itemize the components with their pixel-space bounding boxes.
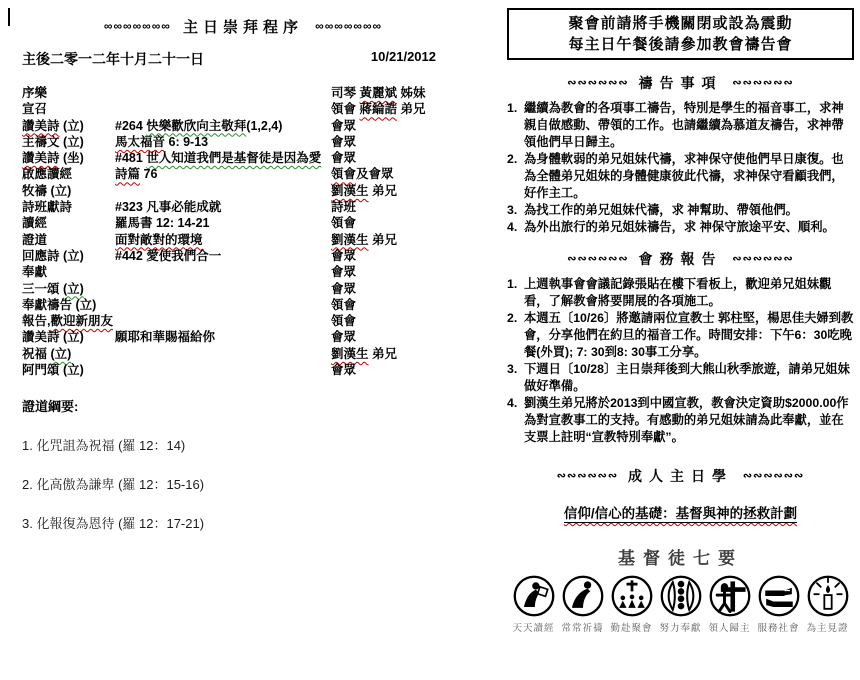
item-text: 本週五〔10/26〕將邀請兩位宣教士 郭柱堅，楊思佳夫婦到教會，分享他們在約旦的… (524, 310, 854, 361)
program-content: 面對敵對的環境 (115, 232, 331, 248)
program-content (115, 183, 331, 199)
program-who: 會眾 (331, 118, 464, 134)
program-content: 詩篇 76 (115, 166, 331, 182)
item-text: 繼續為教會的各項事工禱告，特別是學生的福音事工，求神親自做感動、帶領的工作。也請… (524, 100, 854, 151)
program-who: 詩班 (331, 199, 464, 215)
program-who: 會眾 (331, 329, 464, 345)
program-item: 奉獻禱告 (立) (22, 297, 115, 313)
program-content (115, 346, 331, 362)
program-item: 三一頌 (立) (22, 281, 115, 297)
program-content (115, 85, 331, 101)
church-gathering-icon (610, 574, 654, 618)
chain-decor-left: ∞∞∞∞∞∞∞ (104, 19, 171, 33)
prayer-item: 1.繼續為教會的各項事工禱告，特別是學生的福音事工，求神親自做感動、帶領的工作。… (507, 100, 854, 151)
text-cursor (8, 8, 10, 26)
program-who: 領會 (331, 313, 464, 329)
program-item: 報告,歡迎新朋友 (22, 313, 115, 329)
program-row: 奉獻會眾 (22, 264, 464, 280)
program-row: 三一頌 (立)會眾 (22, 281, 464, 297)
program-item: 宣召 (22, 101, 115, 117)
page-title: ∞∞∞∞∞∞∞ 主日崇拜程序 ∞∞∞∞∞∞∞ (22, 16, 464, 37)
program-content (115, 362, 331, 378)
prayer-header-text: 禱告事項 (639, 75, 723, 91)
date-chinese: 主後二零一二年十月二十一日 (22, 49, 204, 69)
essential-label: 為主見證 (806, 620, 850, 634)
program-row: 阿門頌 (立)會眾 (22, 362, 464, 378)
program-content (115, 297, 331, 313)
item-number: 3. (507, 202, 522, 219)
program-item: 奉獻 (22, 264, 115, 280)
program-who: 領會及會眾 (331, 166, 464, 182)
report-item: 2.本週五〔10/26〕將邀請兩位宣教士 郭柱堅，楊思佳夫婦到教會，分享他們在約… (507, 310, 854, 361)
program-who: 劉漢生 弟兄 (331, 183, 464, 199)
sunday-school-header-text: 成人主日學 (628, 468, 733, 484)
program-who: 會眾 (331, 264, 464, 280)
program-who: 司琴 黃麗斌 姊妹 (331, 85, 464, 101)
item-text: 為身體軟弱的弟兄姐妹代禱，求神保守使他們早日康復。也為全體弟兄姐妹的身體健康彼此… (524, 151, 854, 202)
scroll-decor-icon: ∾∾∾∾∾∾ (567, 77, 628, 89)
scroll-decor-icon: ∾∾∾∾∾∾ (557, 470, 618, 482)
program-item: 詩班獻詩 (22, 199, 115, 215)
sunday-school-section-header: ∾∾∾∾∾∾ 成人主日學 ∾∾∾∾∾∾ (507, 466, 854, 486)
notice-line: 聚會前請將手機關閉或設為震動 (513, 13, 848, 34)
program-item: 主禱文 (立) (22, 134, 115, 150)
program-row: 祝福 (立)劉漢生 弟兄 (22, 346, 464, 362)
report-section-header: ∾∾∾∾∾∾ 會務報告 ∾∾∾∾∾∾ (507, 249, 854, 269)
program-row: 主禱文 (立)馬太福音 6: 9-13會眾 (22, 134, 464, 150)
program-who: 領會 (331, 215, 464, 231)
item-number: 1. (507, 276, 522, 310)
program-row: 讀經羅馬書 12: 14-21領會 (22, 215, 464, 231)
item-number: 2. (507, 151, 522, 202)
program-who: 會眾 (331, 281, 464, 297)
item-text: 為外出旅行的弟兄姐妹禱告，求 神保守旅途平安、順利。 (524, 219, 854, 236)
essential-label: 常常祈禱 (561, 620, 605, 634)
program-who: 會眾 (331, 362, 464, 378)
date-western: 10/21/2012 (371, 49, 436, 69)
prayer-item: 3.為找工作的弟兄姐妹代禱，求 神幫助、帶領他們。 (507, 202, 854, 219)
program-content: #481 世人知道我們是基督徒是因為愛 (115, 150, 331, 166)
program-row: 牧禱 (立)劉漢生 弟兄 (22, 183, 464, 199)
essential-label: 勤赴聚會 (610, 620, 654, 634)
program-row: 啟應讀經詩篇 76領會及會眾 (22, 166, 464, 182)
report-item: 1.上週執事會會議記錄張貼在樓下看板上，歡迎弟兄姐妹觀看，了解教會將要開展的各項… (507, 276, 854, 310)
scroll-decor-icon: ∾∾∾∾∾∾ (732, 253, 793, 265)
item-text: 為找工作的弟兄姐妹代禱，求 神幫助、帶領他們。 (524, 202, 854, 219)
page-title-text: 主日崇拜程序 (183, 19, 303, 36)
program-item: 回應詩 (立) (22, 248, 115, 264)
essential-label: 努力奉獻 (659, 620, 703, 634)
program-item: 讚美詩 (坐) (22, 150, 115, 166)
notice-box: 聚會前請將手機關閉或設為震動 每主日午餐後請參加教會禱告會 (507, 8, 854, 60)
scroll-decor-icon: ∾∾∾∾∾∾ (567, 253, 628, 265)
report-item: 4.劉漢生弟兄將於2013到中國宣教，教會決定資助$2000.00作為對宣教事工… (507, 395, 854, 446)
scroll-decor-icon: ∾∾∾∾∾∾ (732, 77, 793, 89)
essential-label: 領人歸主 (708, 620, 752, 634)
program-row: 讚美詩 (立)願耶和華賜福給你會眾 (22, 329, 464, 345)
item-number: 1. (507, 100, 522, 151)
program-item: 序樂 (22, 85, 115, 101)
program-item: 讚美詩 (立) (22, 329, 115, 345)
scroll-decor-icon: ∾∾∾∾∾∾ (743, 470, 804, 482)
program-who: 領會 (331, 297, 464, 313)
report-header-text: 會務報告 (639, 251, 723, 267)
item-text: 上週執事會會議記錄張貼在樓下看板上，歡迎弟兄姐妹觀看，了解教會將要開展的各項施工… (524, 276, 854, 310)
program-content: #323 凡事必能成就 (115, 199, 331, 215)
program-row: 讚美詩 (坐)#481 世人知道我們是基督徒是因為愛會眾 (22, 150, 464, 166)
prayer-items-list: 1.繼續為教會的各項事工禱告，特別是學生的福音事工，求神親自做感動、帶領的工作。… (507, 100, 854, 236)
sermon-outline-heading: 證道綱要: (22, 396, 464, 415)
worship-program-column: ∞∞∞∞∞∞∞ 主日崇拜程序 ∞∞∞∞∞∞∞ 主後二零一二年十月二十一日 10/… (22, 16, 464, 532)
program-who: 會眾 (331, 248, 464, 264)
sermon-outline-item: 1. 化咒詛為祝福 (羅 12：14) (22, 435, 464, 454)
program-content: 願耶和華賜福給你 (115, 329, 331, 345)
program-content: 馬太福音 6: 9-13 (115, 134, 331, 150)
seven-essentials-icons (507, 574, 854, 618)
worship-program-list: 序樂司琴 黃麗斌 姊妹宣召領會 蔣綸誥 弟兄讚美詩 (立)#264 快樂歡欣向主… (22, 85, 464, 378)
program-who: 劉漢生 弟兄 (331, 346, 464, 362)
serving-hands-icon (757, 574, 801, 618)
item-number: 2. (507, 310, 522, 361)
program-content (115, 313, 331, 329)
program-who: 會眾 (331, 150, 464, 166)
program-item: 讀經 (22, 215, 115, 231)
program-item: 啟應讀經 (22, 166, 115, 182)
program-row: 奉獻禱告 (立)領會 (22, 297, 464, 313)
program-who: 會眾 (331, 134, 464, 150)
essential-label: 天天讀經 (512, 620, 556, 634)
prayer-item: 4.為外出旅行的弟兄姐妹禱告，求 神保守旅途平安、順利。 (507, 219, 854, 236)
prayer-section-header: ∾∾∾∾∾∾ 禱告事項 ∾∾∾∾∾∾ (507, 73, 854, 93)
item-text: 劉漢生弟兄將於2013到中國宣教，教會決定資助$2000.00作為對宣教事工的支… (524, 395, 854, 446)
date-row: 主後二零一二年十月二十一日 10/21/2012 (22, 49, 464, 69)
bible-reading-icon (512, 574, 556, 618)
bulletin-page: ∞∞∞∞∞∞∞ 主日崇拜程序 ∞∞∞∞∞∞∞ 主後二零一二年十月二十一日 10/… (0, 0, 860, 680)
program-content: #264 快樂歡欣向主敬拜(1,2,4) (115, 118, 331, 134)
program-content: #442 愛使我們合一 (115, 248, 331, 264)
item-number: 4. (507, 219, 522, 236)
sermon-outline-item: 3. 化報復為恩待 (羅 12：17-21) (22, 513, 464, 532)
prayer-item: 2.為身體軟弱的弟兄姐妹代禱，求神保守使他們早日康復。也為全體弟兄姐妹的身體健康… (507, 151, 854, 202)
sermon-outline-item: 2. 化高傲為謙卑 (羅 12：15-16) (22, 474, 464, 493)
program-item: 祝福 (立) (22, 346, 115, 362)
program-item: 阿門頌 (立) (22, 362, 115, 378)
notice-line: 每主日午餐後請參加教會禱告會 (513, 34, 848, 55)
program-row: 報告,歡迎新朋友領會 (22, 313, 464, 329)
chain-decor-right: ∞∞∞∞∞∞∞ (315, 19, 382, 33)
program-who: 領會 蔣綸誥 弟兄 (331, 101, 464, 117)
evangelism-icon (708, 574, 752, 618)
program-item: 讚美詩 (立) (22, 118, 115, 134)
essential-label: 服務社會 (757, 620, 801, 634)
program-content: 羅馬書 12: 14-21 (115, 215, 331, 231)
seven-essentials-labels: 天天讀經 常常祈禱 勤赴聚會 努力奉獻 領人歸主 服務社會 為主見證 (507, 620, 854, 634)
program-content (115, 281, 331, 297)
offering-icon (659, 574, 703, 618)
program-content (115, 101, 331, 117)
item-text: 下週日〔10/28〕主日崇拜後到大熊山秋季旅遊，請弟兄姐妹做好準備。 (524, 361, 854, 395)
announcements-column: 聚會前請將手機關閉或設為震動 每主日午餐後請參加教會禱告會 ∾∾∾∾∾∾ 禱告事… (507, 8, 854, 634)
report-items-list: 1.上週執事會會議記錄張貼在樓下看板上，歡迎弟兄姐妹觀看，了解教會將要開展的各項… (507, 276, 854, 446)
candle-witness-icon (806, 574, 850, 618)
program-row: 回應詩 (立)#442 愛使我們合一會眾 (22, 248, 464, 264)
item-number: 4. (507, 395, 522, 446)
program-who: 劉漢生 弟兄 (331, 232, 464, 248)
praying-icon (561, 574, 605, 618)
item-number: 3. (507, 361, 522, 395)
program-row: 證道面對敵對的環境劉漢生 弟兄 (22, 232, 464, 248)
program-row: 讚美詩 (立)#264 快樂歡欣向主敬拜(1,2,4)會眾 (22, 118, 464, 134)
report-item: 3.下週日〔10/28〕主日崇拜後到大熊山秋季旅遊，請弟兄姐妹做好準備。 (507, 361, 854, 395)
program-item: 證道 (22, 232, 115, 248)
program-row: 序樂司琴 黃麗斌 姊妹 (22, 85, 464, 101)
program-row: 宣召領會 蔣綸誥 弟兄 (22, 101, 464, 117)
program-content (115, 264, 331, 280)
sunday-school-class-title: 信仰/信心的基礎：基督與神的拯救計劃 (507, 502, 854, 522)
seven-essentials-title: 基督徒七要 (507, 544, 854, 569)
program-row: 詩班獻詩#323 凡事必能成就詩班 (22, 199, 464, 215)
program-item: 牧禱 (立) (22, 183, 115, 199)
